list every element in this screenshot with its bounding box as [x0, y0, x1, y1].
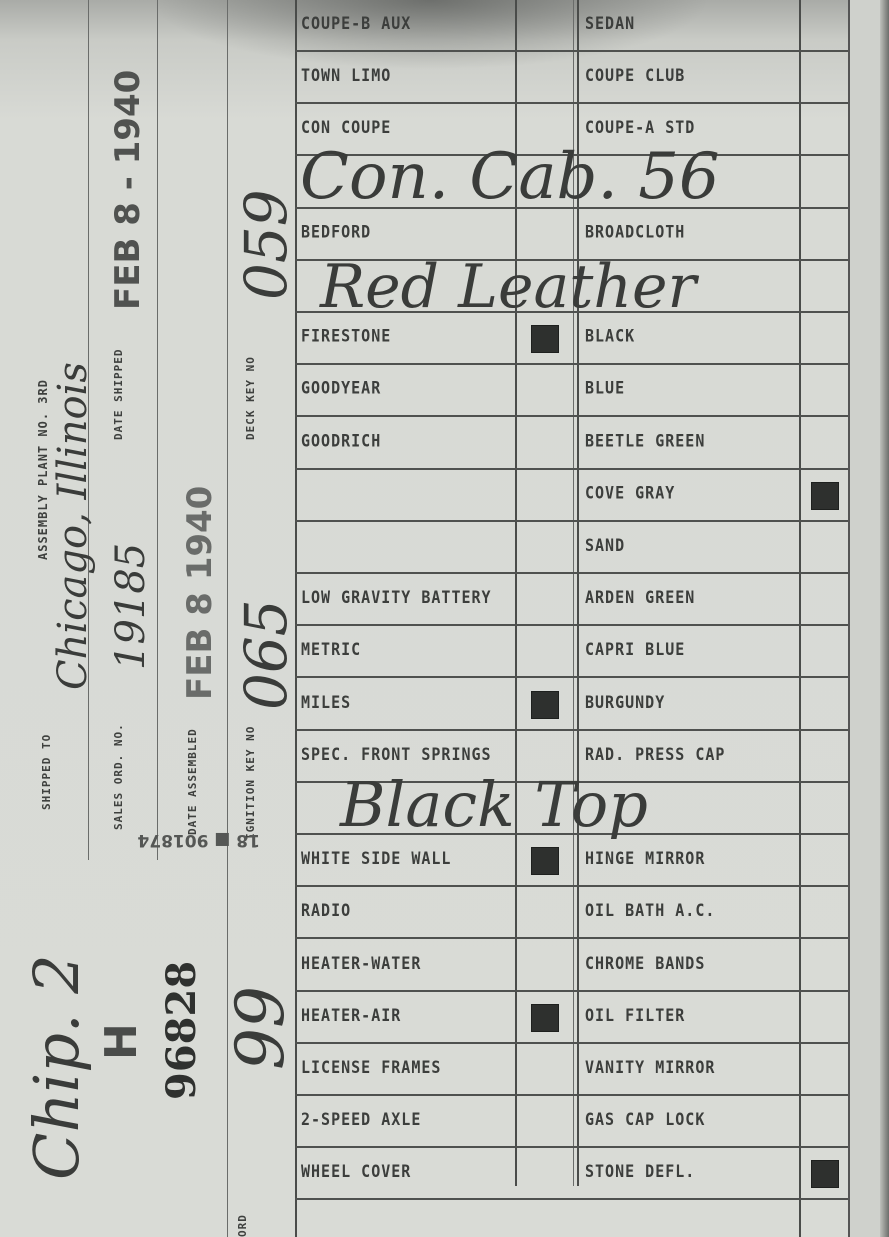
- option-label-right: COUPE CLUB: [585, 65, 685, 86]
- right-option-checkbox[interactable]: [811, 482, 839, 510]
- option-label-left: MILES: [301, 691, 351, 712]
- build-record-card: ASSEMBLY PLANT NO. 3RD Chicago, Illinois…: [0, 0, 889, 1237]
- option-label-right: COVE GRAY: [585, 482, 675, 503]
- serial-stamp: 18 ■ 901874: [137, 830, 260, 850]
- option-label-left: BEDFORD: [301, 221, 371, 242]
- left-option-checkbox[interactable]: [531, 795, 557, 821]
- left-option-checkbox[interactable]: [531, 1160, 557, 1186]
- right-option-checkbox[interactable]: [811, 12, 837, 38]
- option-label-left: 2-SPEED AXLE: [301, 1109, 421, 1130]
- option-label-left: GOODYEAR: [301, 378, 381, 399]
- option-row: SPEC. FRONT SPRINGSRAD. PRESS CAP: [295, 731, 848, 783]
- option-label-right: RAD. PRESS CAP: [585, 743, 725, 764]
- footer-fragment: ORD: [236, 1214, 249, 1237]
- right-option-checkbox[interactable]: [811, 743, 837, 769]
- left-option-checkbox[interactable]: [531, 1004, 559, 1032]
- left-option-checkbox[interactable]: [531, 64, 557, 90]
- option-label-right: OIL FILTER: [585, 1004, 685, 1025]
- right-option-checkbox[interactable]: [811, 534, 837, 560]
- divider: [88, 0, 89, 860]
- ignition-key-no-value: 065: [232, 599, 300, 710]
- shipped-to-label: SHIPPED TO: [40, 734, 53, 810]
- shipped-to-value: Chicago, Illinois: [50, 362, 96, 690]
- right-option-checkbox[interactable]: [811, 1108, 837, 1134]
- option-row: MILESBURGUNDY: [295, 679, 848, 731]
- option-label-right: SEDAN: [585, 13, 635, 34]
- option-label-right: OIL BATH A.C.: [585, 900, 715, 921]
- right-option-checkbox[interactable]: [811, 430, 837, 456]
- option-row: FIRESTONEBLACK: [295, 313, 848, 365]
- right-option-checkbox[interactable]: [811, 1004, 837, 1030]
- option-label-right: CHROME BANDS: [585, 952, 705, 973]
- right-option-checkbox[interactable]: [811, 273, 837, 299]
- date-assembled-label: DATE ASSEMBLED: [186, 728, 199, 835]
- option-label-right: VANITY MIRROR: [585, 1057, 715, 1078]
- option-label-left: LICENSE FRAMES: [301, 1057, 441, 1078]
- divider: [227, 0, 228, 1237]
- options-grid: COUPE-B AUXSEDANTOWN LIMOCOUPE CLUBCON C…: [295, 0, 848, 1237]
- right-option-checkbox[interactable]: [811, 1160, 839, 1188]
- right-option-checkbox[interactable]: [811, 691, 837, 717]
- right-option-checkbox[interactable]: [811, 169, 837, 195]
- left-option-checkbox[interactable]: [531, 534, 557, 560]
- option-row: GOODYEARBLUE: [295, 365, 848, 417]
- right-option-checkbox[interactable]: [811, 586, 837, 612]
- left-option-checkbox[interactable]: [531, 12, 557, 38]
- left-option-checkbox[interactable]: [531, 273, 557, 299]
- right-option-checkbox[interactable]: [811, 899, 837, 925]
- date-shipped-value: FEB 8 - 1940: [108, 70, 148, 310]
- left-option-checkbox[interactable]: [531, 952, 557, 978]
- left-option-checkbox[interactable]: [531, 1108, 557, 1134]
- left-option-checkbox[interactable]: [531, 691, 559, 719]
- option-row: CON COUPECOUPE-A STD: [295, 104, 848, 156]
- deck-key-no-value: 059: [232, 189, 300, 300]
- left-option-checkbox[interactable]: [531, 325, 559, 353]
- option-label-left: TOWN LIMO: [301, 65, 391, 86]
- option-label-right: CAPRI BLUE: [585, 639, 685, 660]
- left-option-checkbox[interactable]: [531, 1056, 557, 1082]
- left-option-checkbox[interactable]: [531, 169, 557, 195]
- option-row: METRICCAPRI BLUE: [295, 626, 848, 678]
- divider: [157, 0, 158, 860]
- option-label-left: RADIO: [301, 900, 351, 921]
- left-option-checkbox[interactable]: [531, 638, 557, 664]
- right-option-checkbox[interactable]: [811, 638, 837, 664]
- option-label-left: WHEEL COVER: [301, 1161, 411, 1182]
- date-assembled-value: FEB 8 1940: [180, 486, 220, 700]
- left-option-checkbox[interactable]: [531, 847, 559, 875]
- right-option-checkbox[interactable]: [811, 325, 837, 351]
- option-label-right: BLACK: [585, 326, 635, 347]
- date-shipped-label: DATE SHIPPED: [112, 349, 125, 440]
- option-row: HEATER-WATERCHROME BANDS: [295, 940, 848, 992]
- option-row: [295, 261, 848, 313]
- right-option-checkbox[interactable]: [811, 64, 837, 90]
- option-row: RADIOOIL BATH A.C.: [295, 887, 848, 939]
- option-row: COUPE-B AUXSEDAN: [295, 0, 848, 52]
- sales-ord-no-value: 19185: [108, 543, 154, 670]
- right-option-checkbox[interactable]: [811, 377, 837, 403]
- option-row: TOWN LIMOCOUPE CLUB: [295, 52, 848, 104]
- left-option-checkbox[interactable]: [531, 586, 557, 612]
- option-row: 2-SPEED AXLEGAS CAP LOCK: [295, 1096, 848, 1148]
- left-option-checkbox[interactable]: [531, 377, 557, 403]
- left-option-checkbox[interactable]: [531, 743, 557, 769]
- option-label-left: FIRESTONE: [301, 326, 391, 347]
- option-label-left: LOW GRAVITY BATTERY: [301, 587, 492, 608]
- option-label-right: SAND: [585, 535, 625, 556]
- right-option-checkbox[interactable]: [811, 116, 837, 142]
- option-row: SAND: [295, 522, 848, 574]
- option-label-left: SPEC. FRONT SPRINGS: [301, 743, 492, 764]
- left-option-checkbox[interactable]: [531, 221, 557, 247]
- option-row: COVE GRAY: [295, 470, 848, 522]
- option-row: LICENSE FRAMESVANITY MIRROR: [295, 1044, 848, 1096]
- option-label-right: GAS CAP LOCK: [585, 1109, 705, 1130]
- right-option-checkbox[interactable]: [811, 1056, 837, 1082]
- option-label-left: COUPE-B AUX: [301, 13, 411, 34]
- option-row: WHEEL COVERSTONE DEFL.: [295, 1148, 848, 1200]
- handwritten-chip-note: Chip. 2: [20, 954, 93, 1180]
- ignition-key-no-label: IGNITION KEY NO: [244, 726, 257, 840]
- right-option-checkbox[interactable]: [811, 952, 837, 978]
- card-edge-shadow: [880, 0, 889, 1237]
- left-option-checkbox[interactable]: [531, 482, 557, 508]
- handwritten-99: 99: [222, 986, 299, 1070]
- option-label-left: WHITE SIDE WALL: [301, 848, 451, 869]
- option-label-right: COUPE-A STD: [585, 117, 695, 138]
- option-label-right: BURGUNDY: [585, 691, 665, 712]
- option-row: HEATER-AIROIL FILTER: [295, 992, 848, 1044]
- option-row: [295, 783, 848, 835]
- option-label-right: STONE DEFL.: [585, 1161, 695, 1182]
- option-label-right: ARDEN GREEN: [585, 587, 695, 608]
- left-option-checkbox[interactable]: [531, 116, 557, 142]
- option-label-left: HEATER-WATER: [301, 952, 421, 973]
- option-label-right: HINGE MIRROR: [585, 848, 705, 869]
- left-option-checkbox[interactable]: [531, 430, 557, 456]
- option-label-left: HEATER-AIR: [301, 1004, 401, 1025]
- right-option-checkbox[interactable]: [811, 847, 837, 873]
- option-row: [295, 157, 848, 209]
- left-option-checkbox[interactable]: [531, 899, 557, 925]
- option-label-left: GOODRICH: [301, 430, 381, 451]
- right-option-checkbox[interactable]: [811, 795, 837, 821]
- option-row: LOW GRAVITY BATTERYARDEN GREEN: [295, 574, 848, 626]
- right-option-checkbox[interactable]: [811, 221, 837, 247]
- assembly-plant-label: ASSEMBLY PLANT NO. 3RD: [36, 379, 50, 560]
- deck-key-no-label: DECK KEY NO: [244, 356, 257, 440]
- stamp-number: 96828: [158, 961, 205, 1100]
- sales-ord-no-label: SALES ORD. NO.: [112, 723, 125, 830]
- option-row: GOODRICHBEETLE GREEN: [295, 418, 848, 470]
- option-row: BEDFORDBROADCLOTH: [295, 209, 848, 261]
- stamp-letter-h: H: [96, 1023, 147, 1060]
- option-row: WHITE SIDE WALLHINGE MIRROR: [295, 835, 848, 887]
- option-label-left: METRIC: [301, 639, 361, 660]
- option-label-right: BEETLE GREEN: [585, 430, 705, 451]
- option-label-left: CON COUPE: [301, 117, 391, 138]
- option-label-right: BLUE: [585, 378, 625, 399]
- option-label-right: BROADCLOTH: [585, 221, 685, 242]
